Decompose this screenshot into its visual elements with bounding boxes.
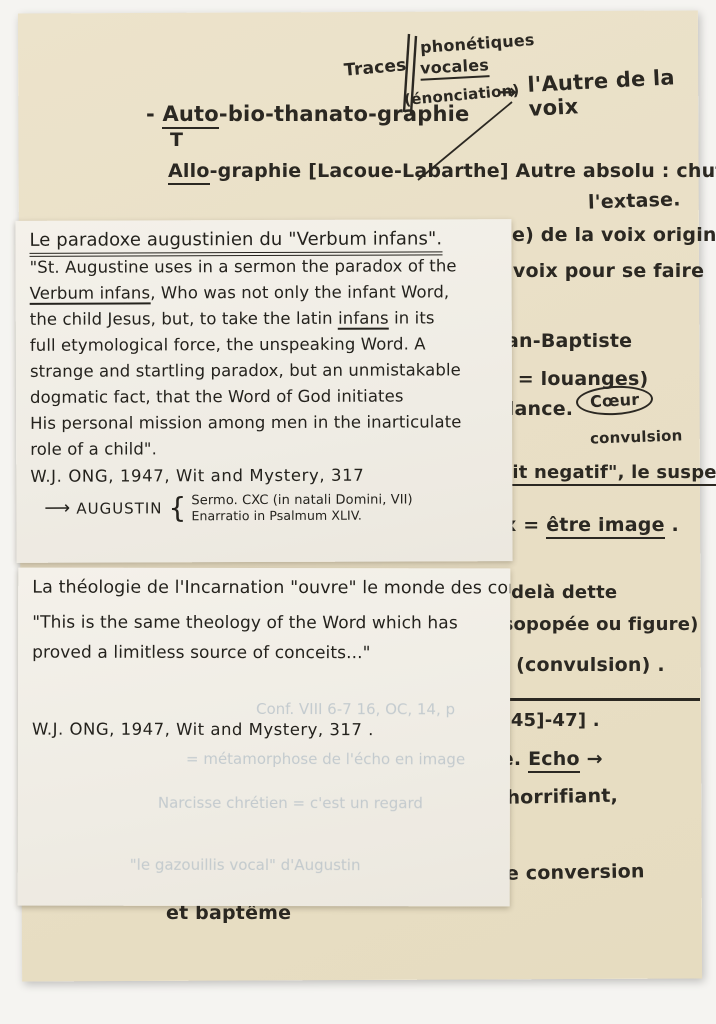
fragment-prosopopee: osopopée ou figure) (490, 614, 699, 635)
card1-title: Le paradoxe augustinien du "Verbum infan… (29, 228, 497, 251)
card2-citation: W.J. ONG, 1947, Wit and Mystery, 317 . (32, 720, 510, 740)
index-card-augustinian-paradox: Le paradoxe augustinien du "Verbum infan… (15, 219, 512, 563)
fragment-voix-originaire: e) de la voix originaire (512, 224, 716, 246)
index-card-theologie-incarnation: La théologie de l'Incarnation "ouvre" le… (18, 568, 511, 907)
card1-ref-sermo: Sermo. CXC (in natali Domini, VII) (191, 492, 412, 508)
card1-line8: role of a child". (30, 435, 498, 463)
fragment-coeur-convulsion: ur (convulsion) . (486, 654, 665, 676)
card1-line6: dogmatic fact, that the Word of God init… (30, 383, 498, 411)
fragment-negatif-suspens: ait negatif", le suspens (500, 462, 716, 483)
scanned-manuscript-page: { "annotation": { "traces": "Traces", "p… (0, 0, 716, 1024)
underline-rule (486, 698, 700, 701)
brace-glyph: { (168, 491, 186, 524)
ghost-line-narcisse: Narcisse chrétien = c'est un regard (158, 794, 423, 812)
annotation-vocales: vocales (420, 55, 490, 78)
card1-augustin-refs: ⟶ AUGUSTIN { Sermo. CXC (in natali Domin… (44, 490, 498, 525)
long-arrow-icon: ⟶ (44, 498, 70, 519)
card2-line1: "This is the same theology of the Word w… (32, 608, 510, 639)
card1-line2: Verbum infans, Who was not only the infa… (30, 279, 498, 307)
heading-allographie: Allo-graphie [Lacoue-Labarthe] Autre abs… (168, 160, 716, 182)
card1-line3: the child Jesus, but, to take the latin … (30, 305, 498, 333)
card1-line4: full etymological force, the unspeaking … (30, 331, 498, 359)
ghost-line-metamorphose: = métamorphose de l'écho en image (186, 750, 465, 768)
heading-allo-underlined: Allo (168, 160, 210, 185)
ghost-line-gazouillis: "le gazouillis vocal" d'Augustin (130, 856, 361, 874)
card2-line2: proved a limitless source of conceits...… (32, 638, 510, 669)
t-mark: T (170, 129, 183, 151)
ghost-line-conf: Conf. VIII 6-7 16, OC, 14, p (256, 700, 455, 718)
card1-line1: "St. Augustine uses in a sermon the para… (30, 253, 498, 281)
fragment-voix-pour-se-faire: - voix pour se faire (498, 260, 704, 282)
fragment-dela-dette: - delà dette (497, 582, 617, 603)
fragment-convulsion: convulsion (590, 426, 683, 447)
annotation-autre-voix: l'Autre de la voix (527, 63, 716, 121)
card1-line7: His personal mission among men in the in… (30, 409, 498, 437)
fragment-etre-image: x = être image . (504, 514, 679, 536)
card1-augustin-label: AUGUSTIN (76, 499, 162, 517)
card1-citation: W.J. ONG, 1947, Wit and Mystery, 317 (30, 461, 498, 490)
coeur-circled: Cœur (576, 386, 653, 415)
fragment-jean-baptiste: an-Baptiste (506, 330, 632, 352)
card2-title: La théologie de l'Incarnation "ouvre" le… (32, 578, 510, 599)
heading-autobiothanatographie: - Auto-bio-thanato-graphie (146, 102, 469, 126)
heading-extase: l'extase. (588, 188, 681, 213)
card1-ref-enarratio: Enarratio in Psalmum XLIV. (191, 507, 412, 523)
heading-auto-underlined: Auto (162, 102, 218, 129)
card1-line5: strange and startling paradox, but an un… (30, 357, 498, 385)
